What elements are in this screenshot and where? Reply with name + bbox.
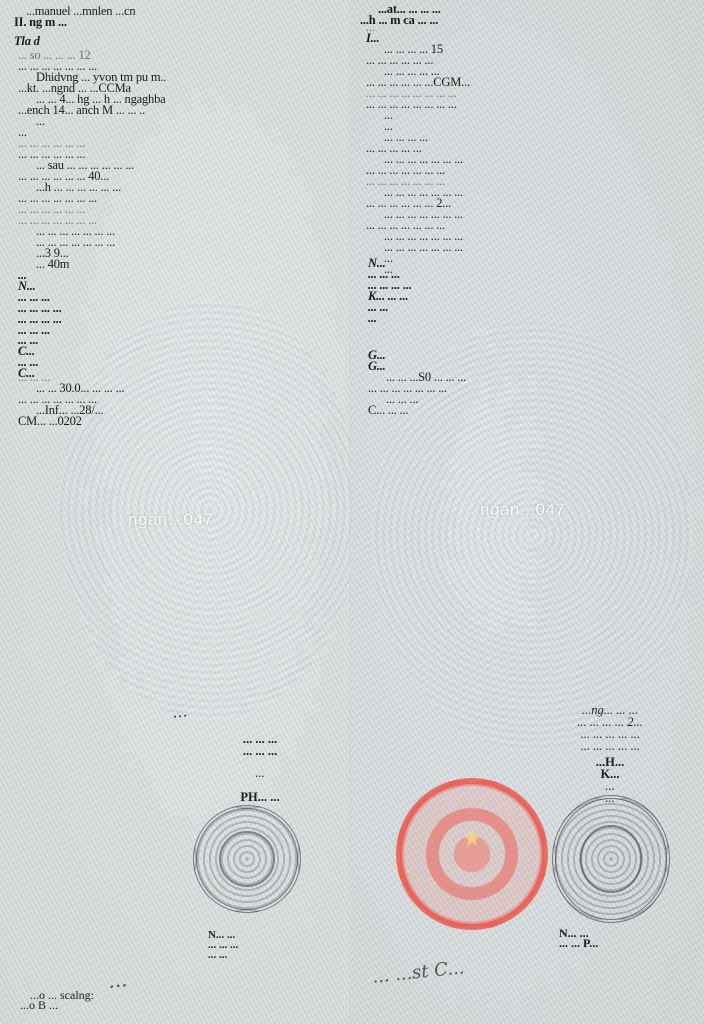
text-line: ... xyxy=(366,22,470,33)
text-line: ... ... ... ... ... ... ... xyxy=(18,215,134,226)
text-line: CM... ...0202 xyxy=(18,416,124,427)
text-line: G... xyxy=(368,361,386,372)
red-official-seal: ★ xyxy=(396,778,548,930)
right-page: ...at... ... ... ... ...h ... m ca ... .… xyxy=(352,0,704,1024)
text-line: C... ... ... xyxy=(368,405,466,416)
right-signature-title: ...ng... ... ... ... ... ... ... 2... ..… xyxy=(520,704,700,804)
text-line: ... ... ... ... ... ... ... ... xyxy=(366,99,470,110)
official-seal xyxy=(193,805,301,913)
text-line: ... ... ... xyxy=(18,372,124,383)
text-line: ... ... ... ... ... ... ... xyxy=(366,176,470,187)
footer-signature: ... ...st C... xyxy=(371,957,465,988)
official-seal xyxy=(552,795,670,923)
star-icon: ★ xyxy=(462,826,482,852)
text-line: ... so ... ... ... 12 xyxy=(18,50,166,61)
left-section-3: ...N...... ... ...... ... ... ...... ...… xyxy=(18,270,62,336)
footer-signature: ... xyxy=(107,967,128,993)
watermark: ngan...047 xyxy=(128,510,213,530)
left-section-1: ... so ... ... ... 12... ... ... ... ...… xyxy=(18,50,166,138)
left-page: ...manuel ...mnlen ...cn II. ng m ... Tl… xyxy=(0,0,352,1024)
handwritten-signature: ... xyxy=(171,701,188,721)
left-header: ...manuel ...mnlen ...cn II. ng m ... Tl… xyxy=(14,6,135,47)
text-line: ... xyxy=(366,110,470,121)
right-section-1: ...I...... ... ... ... 15... ... ... ...… xyxy=(366,22,470,275)
text-line: ... ... ... ... ... ... xyxy=(18,138,134,149)
text-line: ... xyxy=(18,116,166,127)
text-line: ... xyxy=(368,313,412,324)
text-line: ... ... ... ... ... ... ... ... xyxy=(366,88,470,99)
left-footer-label: ...o ... scalng: ...o B ... xyxy=(20,990,94,1010)
right-section-2: N...... ... ...... ... ... ...K... ... .… xyxy=(368,258,412,324)
left-signer-name: N... ... ... ... ... ... ... xyxy=(208,930,238,960)
right-note: ... ... ...S0 ... ... ...... ... ... ...… xyxy=(368,372,466,416)
right-signer-name: N... ... ... ... P... xyxy=(559,928,598,948)
left-section-2: ... ... ... ... ... ...... ... ... ... .… xyxy=(18,138,134,270)
left-note: ... ... ...... ... 30.0... ... ... .....… xyxy=(18,372,124,427)
watermark: ngan...047 xyxy=(480,500,565,520)
text-line: ... ... ... ... ... ... ... xyxy=(366,242,470,253)
right-section-3: G...G... xyxy=(368,350,386,372)
left-signature-title: ... ... ... ... ... ... ... PH... ... xyxy=(165,733,352,803)
text-line: ... 40m xyxy=(18,259,134,270)
